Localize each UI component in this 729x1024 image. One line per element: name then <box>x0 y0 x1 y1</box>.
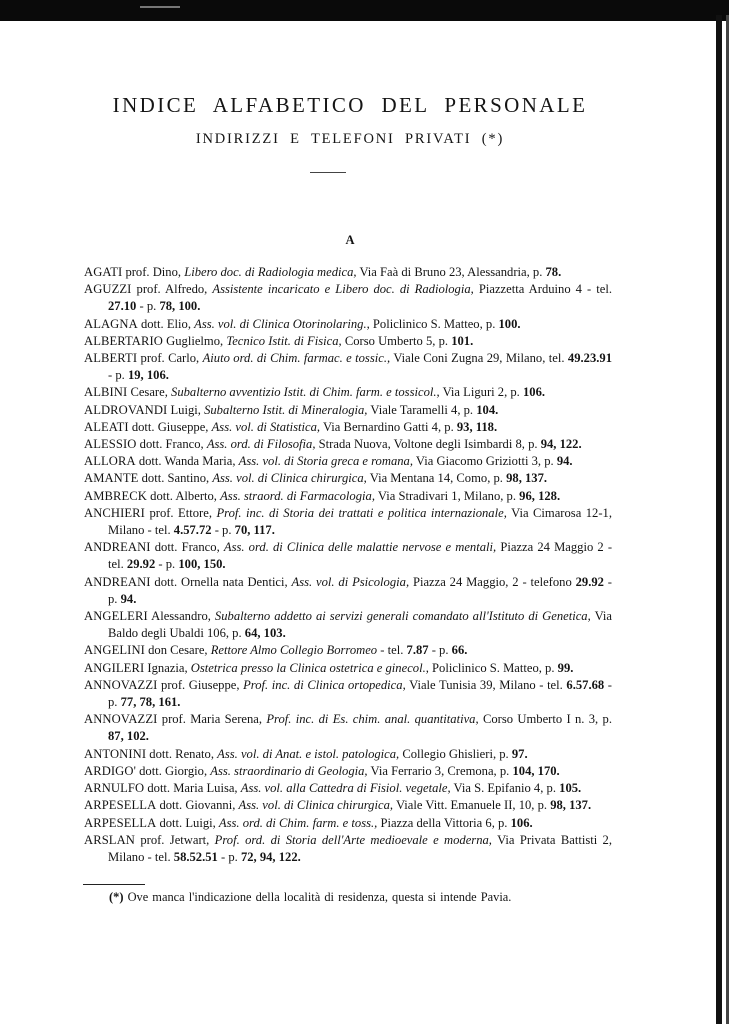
entry-pages: 99. <box>558 661 574 675</box>
entry-surname: ALLORA <box>84 454 136 468</box>
entry-pages: 94, 122. <box>541 437 582 451</box>
entry-pages: 100, 150. <box>178 557 225 571</box>
entry-pages: 78, 100. <box>159 299 200 313</box>
entry-role: Prof. inc. di Clinica ortopedica, <box>243 678 406 692</box>
entry-name: prof. Giuseppe, <box>161 678 239 692</box>
index-entry: ARSLAN prof. Jetwart, Prof. ord. di Stor… <box>84 832 612 866</box>
entry-name: dott. Giovanni, <box>159 798 235 812</box>
entry-surname: ARNULFO <box>84 781 144 795</box>
entry-surname: ALDROVANDI <box>84 403 167 417</box>
entry-pages: 96, 128. <box>519 489 560 503</box>
entry-role: Tecnico Istit. di Fisica, <box>226 334 341 348</box>
entry-surname: ALEATI <box>84 420 129 434</box>
entry-role: Ass. vol. di Clinica chirurgica, <box>239 798 394 812</box>
entry-name: dott. Franco, <box>140 437 204 451</box>
entry-role: Ass. vol. di Storia greca e romana, <box>239 454 413 468</box>
entry-name: Cesare, <box>130 385 167 399</box>
entry-surname: ANDREANI <box>84 575 151 589</box>
entry-surname: ARSLAN <box>84 833 135 847</box>
entry-pages: 72, 94, 122. <box>241 850 301 864</box>
title-divider <box>310 172 346 173</box>
entry-name: dott. Ornella nata Dentici, <box>154 575 287 589</box>
entry-page-label: - p. <box>429 643 449 657</box>
entry-pages: 87, 102. <box>108 729 149 743</box>
entry-address: Via Mentana 14, Como, p. <box>370 471 503 485</box>
entry-page-label: - p. <box>136 299 156 313</box>
index-entry: ALDROVANDI Luigi, Subalterno Istit. di M… <box>84 402 612 419</box>
entry-role: Prof. ord. di Storia dell'Arte medioeval… <box>215 833 492 847</box>
index-entry: ANNOVAZZI prof. Maria Serena, Prof. inc.… <box>84 711 612 745</box>
entry-pages: 100. <box>499 317 521 331</box>
page-subtitle: INDIRIZZI E TELEFONI PRIVATI (*) <box>0 131 700 148</box>
entry-pages: 94. <box>121 592 137 606</box>
entry-name: prof. Jetwart, <box>140 833 209 847</box>
entry-role: Ass. vol. di Anat. e istol. patologica, <box>217 747 399 761</box>
index-entry: ALBINI Cesare, Subalterno avventizio Ist… <box>84 384 612 401</box>
entry-page-label: - p. <box>155 557 175 571</box>
index-entry: ARPESELLA dott. Luigi, Ass. ord. di Chim… <box>84 815 612 832</box>
entry-role: Prof. inc. di Storia dei trattati e poli… <box>216 506 506 520</box>
index-entry: ARNULFO dott. Maria Luisa, Ass. vol. all… <box>84 780 612 797</box>
entry-surname: ARPESELLA <box>84 816 156 830</box>
entry-address: Viale Taramelli 4, p. <box>370 403 473 417</box>
index-entry: ALEATI dott. Giuseppe, Ass. vol. di Stat… <box>84 419 612 436</box>
entry-address: Viale Tunisia 39, Milano - tel. <box>409 678 563 692</box>
entry-surname: ANNOVAZZI <box>84 678 157 692</box>
index-entry: AGATI prof. Dino, Libero doc. di Radiolo… <box>84 264 612 281</box>
entry-address: Policlinico S. Matteo, p. <box>432 661 554 675</box>
entry-surname: AGATI <box>84 265 122 279</box>
entry-phone: 6.57.68 <box>566 678 604 692</box>
entry-address: Via S. Epifanio 4, p. <box>454 781 556 795</box>
entry-address: - tel. <box>380 643 403 657</box>
entry-pages: 106. <box>511 816 533 830</box>
entry-pages: 94. <box>557 454 573 468</box>
entry-name: prof. Ettore, <box>149 506 212 520</box>
entry-surname: AMANTE <box>84 471 138 485</box>
index-entry: ANGELINI don Cesare, Rettore Almo Colleg… <box>84 642 612 659</box>
entry-role: Ass. vol. di Statistica, <box>212 420 320 434</box>
entry-phone: 49.23.91 <box>568 351 612 365</box>
entry-role: Subalterno avventizio Istit. di Chim. fa… <box>171 385 440 399</box>
entry-surname: ALESSIO <box>84 437 136 451</box>
entry-address: Corso Umberto I n. 3, p. <box>483 712 612 726</box>
entry-role: Prof. inc. di Es. chim. anal. quantitati… <box>266 712 478 726</box>
entry-name: prof. Maria Serena, <box>162 712 262 726</box>
entry-name: prof. Alfredo, <box>137 282 208 296</box>
entry-phone: 27.10 <box>108 299 136 313</box>
entry-phone: 29.92 <box>127 557 155 571</box>
entry-pages: 104, 170. <box>512 764 559 778</box>
entry-role: Subalterno addetto ai servizi generali c… <box>215 609 591 623</box>
entry-role: Ass. vol. di Psicologia, <box>292 575 410 589</box>
footnote: (*) Ove manca l'indicazione della locali… <box>109 890 629 905</box>
entry-surname: ALBINI <box>84 385 127 399</box>
entry-surname: ALBERTI <box>84 351 137 365</box>
entry-address: Via Stradivari 1, Milano, p. <box>378 489 516 503</box>
entry-name: dott. Elio, <box>141 317 191 331</box>
document-page: INDICE ALFABETICO DEL PERSONALE INDIRIZZ… <box>0 0 729 1024</box>
entry-surname: ANCHIERI <box>84 506 145 520</box>
entry-name: dott. Maria Luisa, <box>147 781 237 795</box>
entry-role: Ass. ord. di Filosofia, <box>207 437 316 451</box>
index-entry: ANNOVAZZI prof. Giuseppe, Prof. inc. di … <box>84 677 612 711</box>
entry-surname: ARPESELLA <box>84 798 156 812</box>
index-entry: ALBERTARIO Guglielmo, Tecnico Istit. di … <box>84 333 612 350</box>
entry-name: Guglielmo, <box>166 334 223 348</box>
entry-role: Ass. vol. alla Cattedra di Fisiol. veget… <box>241 781 451 795</box>
entry-pages: 98, 137. <box>550 798 591 812</box>
entry-role: Ass. vol. di Clinica Otorinolaring., <box>194 317 370 331</box>
entry-role: Ass. straord. di Farmacologia, <box>220 489 375 503</box>
entry-role: Ass. vol. di Clinica chirurgica, <box>212 471 367 485</box>
entry-address: Via Bernardino Gatti 4, p. <box>323 420 454 434</box>
entry-address: Viale Coni Zugna 29, Milano, tel. <box>393 351 564 365</box>
entry-name: dott. Renato, <box>149 747 214 761</box>
entry-page-label: - p. <box>212 523 232 537</box>
index-entry: ANDREANI dott. Franco, Ass. ord. di Clin… <box>84 539 612 573</box>
entry-name: prof. Dino, <box>125 265 181 279</box>
entry-address: Collegio Ghislieri, p. <box>402 747 508 761</box>
index-entry: AMBRECK dott. Alberto, Ass. straord. di … <box>84 488 612 505</box>
footnote-divider <box>83 884 145 885</box>
entry-name: dott. Santino, <box>142 471 210 485</box>
entry-name: dott. Wanda Maria, <box>139 454 236 468</box>
entry-surname: AMBRECK <box>84 489 147 503</box>
entry-role: Ass. straordinario di Geologia, <box>210 764 367 778</box>
entry-role: Ass. ord. di Clinica delle malattie nerv… <box>224 540 496 554</box>
entry-address: Policlinico S. Matteo, p. <box>373 317 495 331</box>
entry-address: Strada Nuova, Voltone degli Isimbardi 8,… <box>319 437 538 451</box>
entry-role: Ass. ord. di Chim. farm. e toss., <box>219 816 377 830</box>
entry-role: Rettore Almo Collegio Borromeo <box>211 643 377 657</box>
entry-surname: ANGELINI <box>84 643 145 657</box>
footnote-text: Ove manca l'indicazione della località d… <box>128 890 512 904</box>
index-entry: ALESSIO dott. Franco, Ass. ord. di Filos… <box>84 436 612 453</box>
entry-pages: 98, 137. <box>506 471 547 485</box>
footnote-mark: (*) <box>109 890 123 904</box>
index-entry: ARPESELLA dott. Giovanni, Ass. vol. di C… <box>84 797 612 814</box>
entry-address: Via Giacomo Griziotti 3, p. <box>416 454 554 468</box>
entry-pages: 78. <box>546 265 562 279</box>
entry-surname: ANNOVAZZI <box>84 712 157 726</box>
entry-address: Piazzetta Arduino 4 - tel. <box>479 282 612 296</box>
entry-address: Via Liguri 2, p. <box>443 385 520 399</box>
index-entry: ANGELERI Alessandro, Subalterno addetto … <box>84 608 612 642</box>
entry-surname: ALAGNA <box>84 317 138 331</box>
entry-address: Via Ferrario 3, Cremona, p. <box>371 764 510 778</box>
entry-pages: 66. <box>452 643 468 657</box>
entry-name: dott. Luigi, <box>159 816 215 830</box>
entry-role: Libero doc. di Radiologia medica, <box>184 265 356 279</box>
personnel-index-list: AGATI prof. Dino, Libero doc. di Radiolo… <box>84 264 612 866</box>
entry-phone: 4.57.72 <box>174 523 212 537</box>
index-entry: ARDIGO' dott. Giorgio, Ass. straordinari… <box>84 763 612 780</box>
index-entry: ANCHIERI prof. Ettore, Prof. inc. di Sto… <box>84 505 612 539</box>
entry-surname: AGUZZI <box>84 282 131 296</box>
entry-pages: 93, 118. <box>457 420 497 434</box>
entry-address: Via Faà di Bruno 23, Alessandria, p. <box>359 265 542 279</box>
entry-page-label: - p. <box>218 850 238 864</box>
entry-name: Ignazia, <box>147 661 187 675</box>
entry-phone: 29.92 <box>576 575 604 589</box>
entry-role: Ostetrica presso la Clinica ostetrica e … <box>191 661 429 675</box>
section-letter: A <box>0 233 700 248</box>
entry-role: Subalterno Istit. di Mineralogia, <box>204 403 367 417</box>
index-entry: ANTONINI dott. Renato, Ass. vol. di Anat… <box>84 746 612 763</box>
entry-phone: 7.87 <box>407 643 429 657</box>
entry-pages: 77, 78, 161. <box>121 695 181 709</box>
entry-name: prof. Carlo, <box>141 351 200 365</box>
entry-pages: 97. <box>512 747 528 761</box>
entry-pages: 101. <box>451 334 473 348</box>
entry-surname: ANGELERI <box>84 609 148 623</box>
entry-phone: 58.52.51 <box>174 850 218 864</box>
entry-name: dott. Giorgio, <box>139 764 207 778</box>
entry-address: Piazza 24 Maggio, 2 - telefono <box>413 575 572 589</box>
entry-page-label: - p. <box>108 368 125 382</box>
entry-surname: ANGILERI <box>84 661 144 675</box>
entry-address: Piazza della Vittoria 6, p. <box>380 816 507 830</box>
index-entry: AMANTE dott. Santino, Ass. vol. di Clini… <box>84 470 612 487</box>
entry-pages: 70, 117. <box>235 523 275 537</box>
index-entry: ALAGNA dott. Elio, Ass. vol. di Clinica … <box>84 316 612 333</box>
entry-surname: ANDREANI <box>84 540 151 554</box>
entry-address: Corso Umberto 5, p. <box>345 334 448 348</box>
entry-name: Luigi, <box>170 403 200 417</box>
entry-surname: ALBERTARIO <box>84 334 163 348</box>
entry-pages: 19, 106. <box>128 368 169 382</box>
index-entry: ANGILERI Ignazia, Ostetrica presso la Cl… <box>84 660 612 677</box>
entry-name: dott. Giuseppe, <box>132 420 209 434</box>
entry-role: Aiuto ord. di Chim. farmac. e tossic., <box>203 351 391 365</box>
index-entry: ALLORA dott. Wanda Maria, Ass. vol. di S… <box>84 453 612 470</box>
entry-name: dott. Alberto, <box>150 489 217 503</box>
entry-pages: 104. <box>476 403 498 417</box>
entry-surname: ARDIGO' <box>84 764 136 778</box>
entry-address: Viale Vitt. Emanuele II, 10, p. <box>396 798 547 812</box>
page-title: INDICE ALFABETICO DEL PERSONALE <box>0 93 700 118</box>
entry-name: dott. Franco, <box>155 540 220 554</box>
entry-name: Alessandro, <box>151 609 211 623</box>
entry-pages: 64, 103. <box>245 626 286 640</box>
entry-name: don Cesare, <box>148 643 207 657</box>
entry-surname: ANTONINI <box>84 747 146 761</box>
entry-pages: 105. <box>559 781 581 795</box>
index-entry: ALBERTI prof. Carlo, Aiuto ord. di Chim.… <box>84 350 612 384</box>
index-entry: AGUZZI prof. Alfredo, Assistente incaric… <box>84 281 612 315</box>
entry-role: Assistente incaricato e Libero doc. di R… <box>212 282 473 296</box>
index-entry: ANDREANI dott. Ornella nata Dentici, Ass… <box>84 574 612 608</box>
entry-pages: 106. <box>523 385 545 399</box>
